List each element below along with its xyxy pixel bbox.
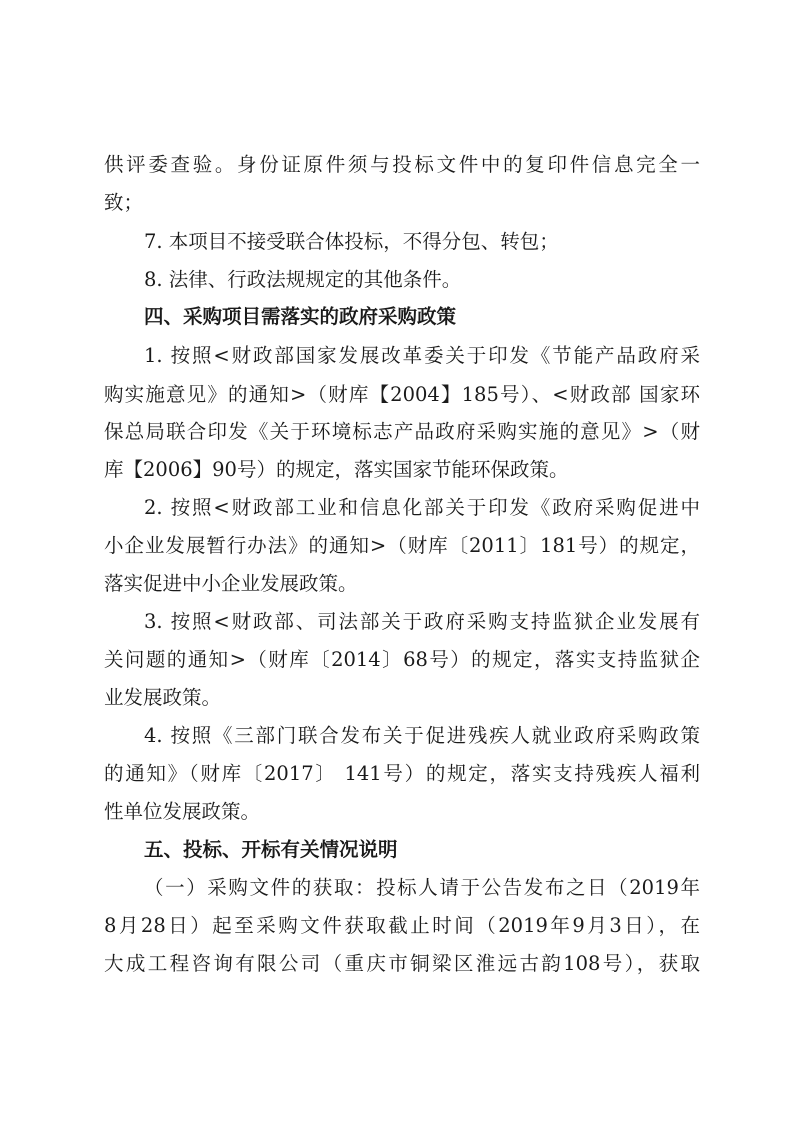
policy-item-2-line-1: 2. 按照<财政部工业和信息化部关于印发《政府采购促进中 — [104, 496, 700, 520]
section-heading-4: 四、采购项目需落实的政府采购政策 — [104, 305, 700, 329]
policy-item-1-line-4: 库【2006】90号）的规定，落实国家节能环保政策。 — [104, 458, 700, 482]
body-line-1: 供评委查验。身份证原件须与投标文件中的复印件信息完全一 — [104, 153, 700, 177]
condition-item-8: 8. 法律、行政法规规定的其他条件。 — [104, 268, 700, 292]
policy-item-2-line-3: 落实促进中小企业发展政策。 — [104, 572, 700, 596]
section-heading-5: 五、投标、开标有关情况说明 — [104, 838, 700, 862]
procurement-docs-line-3: 大成工程咨询有限公司（重庆市铜梁区淮远古韵108号），获取 — [104, 952, 700, 976]
policy-item-1-line-1: 1. 按照<财政部国家发展改革委关于印发《节能产品政府采 — [104, 344, 700, 368]
procurement-docs-line-1: （一）采购文件的获取：投标人请于公告发布之日（2019年 — [104, 876, 700, 900]
condition-item-7: 7. 本项目不接受联合体投标，不得分包、转包； — [104, 230, 700, 254]
policy-item-1-line-2: 购实施意见》的通知>（财库【2004】185号）、<财政部 国家环 — [104, 383, 700, 407]
procurement-docs-line-2: 8月28日）起至采购文件获取截止时间（2019年9月3日），在 — [104, 914, 700, 938]
policy-item-3-line-1: 3. 按照<财政部、司法部关于政府采购支持监狱企业发展有 — [104, 610, 700, 634]
policy-item-3-line-3: 业发展政策。 — [104, 686, 700, 710]
policy-item-4-line-2: 的通知》（财库〔2017〕 141号）的规定，落实支持残疾人福利 — [104, 762, 700, 786]
policy-item-1-line-3: 保总局联合印发《关于环境标志产品政府采购实施的意见》>（财 — [104, 420, 700, 444]
body-line-2: 致； — [104, 191, 700, 215]
policy-item-2-line-2: 小企业发展暂行办法》的通知>（财库〔2011〕181号）的规定， — [104, 534, 700, 558]
policy-item-3-line-2: 关问题的通知>（财库〔2014〕68号）的规定，落实支持监狱企 — [104, 648, 700, 672]
policy-item-4-line-1: 4. 按照《三部门联合发布关于促进残疾人就业政府采购政策 — [104, 724, 700, 748]
policy-item-4-line-3: 性单位发展政策。 — [104, 800, 700, 824]
